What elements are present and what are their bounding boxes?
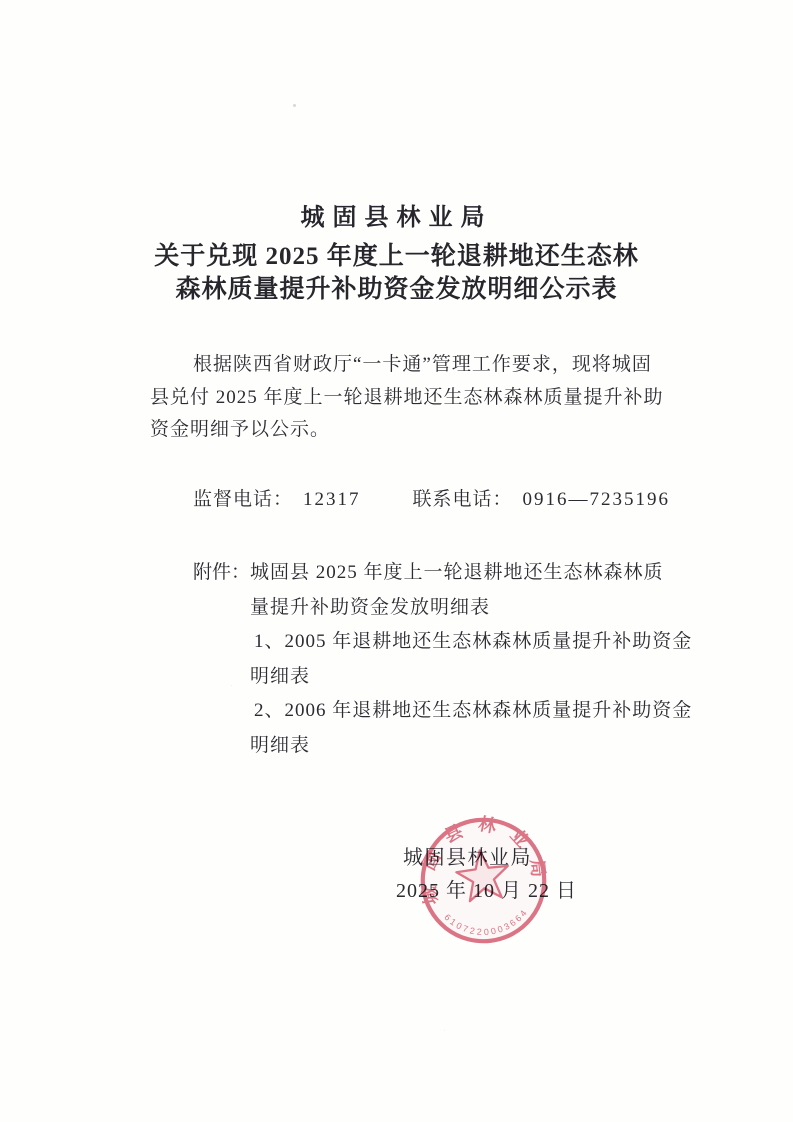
scan-speck	[293, 104, 296, 107]
attachment-item-2: 2、2006 年退耕地还生态林森林质量提升补助资金	[193, 694, 713, 729]
document-title: 城固县林业局 关于兑现 2025 年度上一轮退耕地还生态林 森林质量提升补助资金…	[0, 200, 793, 306]
attachment-label: 附件：	[193, 556, 250, 591]
title-org-line: 城固县林业局	[0, 200, 793, 236]
contact-phone-number: 0916—7235196	[523, 489, 671, 510]
body-line: 根据陕西省财政厅“一卡通”管理工作要求，现将城固	[150, 349, 690, 382]
body-paragraph: 根据陕西省财政厅“一卡通”管理工作要求，现将城固 县兑付 2025 年度上一轮退…	[150, 349, 690, 447]
supervision-phone-number: 12317	[303, 489, 361, 510]
attachment-line: 明细表	[193, 660, 713, 695]
attachment-line: 量提升补助资金发放明细表	[193, 591, 713, 626]
attachment-main-title: 城固县 2025 年度上一轮退耕地还生态林森林质	[250, 562, 664, 583]
attachment-item-1: 1、2005 年退耕地还生态林森林质量提升补助资金	[193, 625, 713, 660]
contact-phone-label: 联系电话：	[413, 489, 513, 510]
phone-line: 监督电话：12317联系电话：0916—7235196	[193, 488, 670, 512]
title-subject-line-1: 关于兑现 2025 年度上一轮退耕地还生态林	[0, 240, 793, 273]
attachment-line: 附件：城固县 2025 年度上一轮退耕地还生态林森林质	[193, 556, 713, 591]
scanned-document-page: 城固县林业局 关于兑现 2025 年度上一轮退耕地还生态林 森林质量提升补助资金…	[0, 0, 793, 1122]
attachment-line: 明细表	[193, 729, 713, 764]
attachment-list: 附件：城固县 2025 年度上一轮退耕地还生态林森林质 量提升补助资金发放明细表…	[193, 556, 713, 763]
title-subject-line-2: 森林质量提升补助资金发放明细公示表	[0, 273, 793, 306]
body-line: 资金明细予以公示。	[150, 414, 690, 447]
supervision-phone-label: 监督电话：	[193, 489, 293, 510]
body-line: 县兑付 2025 年度上一轮退耕地还生态林森林质量提升补助	[150, 382, 690, 415]
official-seal: 城固县林业局 6107220003664	[396, 793, 571, 968]
